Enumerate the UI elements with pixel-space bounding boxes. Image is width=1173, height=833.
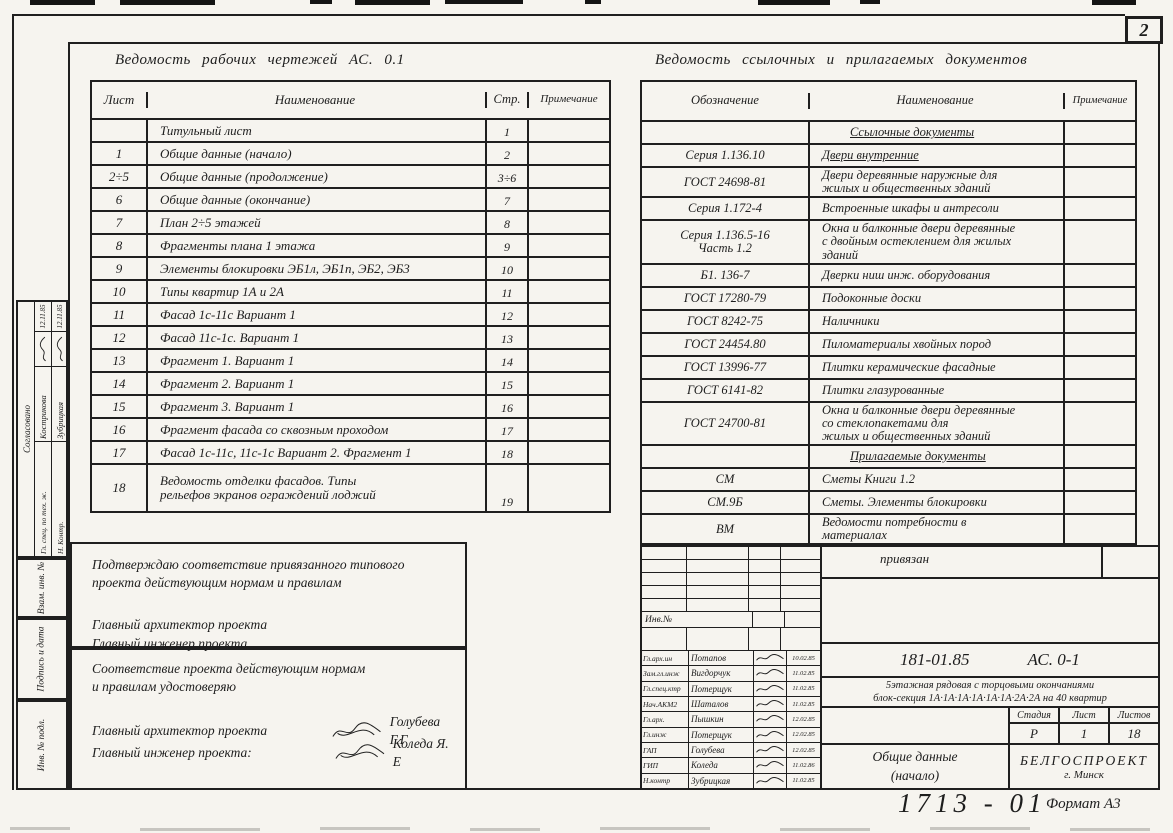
cell-note bbox=[1065, 469, 1135, 490]
cell-name: Ведомости потребности в материалах bbox=[810, 515, 1065, 543]
cell-name: Общие данные (начало) bbox=[148, 143, 487, 164]
table-row: Серия 1.136.5-16 Часть 1.2 Окна и балкон… bbox=[642, 221, 1135, 264]
col-header-name: Наименование bbox=[810, 93, 1065, 108]
scan-artifact bbox=[310, 0, 332, 4]
signature-date: 12.02.85 bbox=[787, 728, 820, 742]
signature-line: Главный инженер проекта: Коледа Я. Е bbox=[92, 742, 457, 764]
cell-note bbox=[529, 258, 609, 279]
cell-sheet: 10 bbox=[92, 281, 148, 302]
scan-artifact bbox=[120, 0, 215, 5]
title-block-right: привязан 181-01.85 АС. 0-1 5этажная рядо… bbox=[822, 547, 1158, 788]
cell-note bbox=[529, 465, 609, 511]
project-code: 181-01.85 bbox=[900, 650, 969, 670]
cell-name-text: Сметы. Элементы блокировки bbox=[822, 496, 987, 509]
col-header-name: Наименование bbox=[148, 92, 487, 108]
signer-name: Пышкин bbox=[689, 712, 754, 726]
cell-designation: Серия 1.136.10 bbox=[642, 145, 810, 166]
table-row: 10 Типы квартир 1А и 2А 11 bbox=[92, 281, 609, 304]
cell-sheet: 1 bbox=[92, 143, 148, 164]
cell-name: Пиломатериалы хвойных пород bbox=[810, 334, 1065, 355]
grid-row bbox=[642, 599, 820, 612]
cell-name: Двери деревянные наружные для жилых и об… bbox=[810, 168, 1065, 196]
cell-sheet: 13 bbox=[92, 350, 148, 371]
cell-note bbox=[1065, 198, 1135, 219]
cell-note bbox=[529, 166, 609, 187]
margin-label-inv: Инв. № подл. bbox=[37, 719, 47, 771]
cell-sheet: 7 bbox=[92, 212, 148, 233]
col-header-note: Примечание bbox=[1065, 94, 1135, 107]
cell-note bbox=[1065, 403, 1135, 444]
cell-note bbox=[1065, 334, 1135, 355]
cell-note bbox=[1065, 515, 1135, 543]
cell-page: 14 bbox=[487, 350, 529, 371]
table-row: Ссылочные документы bbox=[642, 122, 1135, 145]
cell-designation: ГОСТ 24700-81 bbox=[642, 403, 810, 444]
cell-name: Окна и балконные двери деревянные с двой… bbox=[810, 221, 1065, 262]
cell-designation: Серия 1.172-4 bbox=[642, 198, 810, 219]
signer-role: Н.контр bbox=[642, 774, 689, 788]
cell-page: 9 bbox=[487, 235, 529, 256]
signature-date: 12.02.85 bbox=[787, 712, 820, 726]
cell-page: 18 bbox=[487, 442, 529, 463]
certify-signature-lines: Главный архитектор проекта Голубева Г.Г … bbox=[92, 720, 457, 764]
scan-artifact bbox=[780, 828, 870, 831]
table-row: ГОСТ 13996-77 Плитки керамические фасадн… bbox=[642, 357, 1135, 380]
inventory-number-label: Инв.№ bbox=[642, 612, 753, 627]
referenced-documents-table: Обозначение Наименование Примечание Ссыл… bbox=[640, 80, 1137, 545]
cell-name: Двери внутренние bbox=[810, 145, 1065, 166]
stage-header: Стадия bbox=[1010, 708, 1060, 722]
cell-note bbox=[1065, 265, 1135, 286]
signature-row: Гл.спец.ктр Потерщук 11.02.85 bbox=[642, 682, 820, 697]
cell-name-text: Ведомости потребности в материалах bbox=[822, 516, 966, 542]
signature-rows: Гл.арх.ин Потапов 10.02.85 Зам.гл.инж Ви… bbox=[642, 651, 820, 788]
cell-page: 13 bbox=[487, 327, 529, 348]
cell-name: Наличники bbox=[810, 311, 1065, 332]
organization-city: г. Минск bbox=[1064, 769, 1104, 781]
table-row: Б1. 136-7 Дверки ниш инж. оборудования bbox=[642, 265, 1135, 288]
signer-role: Гл.арх.ин bbox=[642, 651, 689, 665]
cell-designation: Серия 1.136.5-16 Часть 1.2 bbox=[642, 221, 810, 262]
scan-artifact bbox=[470, 828, 540, 831]
cell-note bbox=[529, 212, 609, 233]
conformity-certification-block: Соответствие проекта действующим нормам … bbox=[70, 648, 467, 790]
footer-format: Формат А3 bbox=[1046, 796, 1121, 813]
signer-name: Голубева bbox=[689, 743, 754, 757]
grid-row bbox=[642, 573, 820, 586]
right-table-header: Обозначение Наименование Примечание bbox=[642, 82, 1135, 122]
cell-designation: ВМ bbox=[642, 515, 810, 543]
cell-page: 1 bbox=[487, 120, 529, 141]
cell-name-text: Дверки ниш инж. оборудования bbox=[822, 269, 990, 282]
signature-scribble bbox=[754, 743, 787, 757]
cell-note bbox=[1065, 380, 1135, 401]
agreement-date: 12.11.85 bbox=[56, 302, 64, 331]
signer-name: Зубрицкая bbox=[689, 774, 754, 788]
stage-table-header: Стадия Лист Листов bbox=[1010, 708, 1158, 724]
cell-name-text: Окна и балконные двери деревянные со сте… bbox=[822, 404, 1015, 443]
table-row: ГОСТ 6141-82 Плитки глазурованные bbox=[642, 380, 1135, 403]
cell-page: 10 bbox=[487, 258, 529, 279]
confirmation-text: Подтверждаю соответствие привязанного ти… bbox=[92, 556, 457, 592]
signature-row: Гл.арх. Пышкин 12.02.85 bbox=[642, 712, 820, 727]
table-row: СМ.9Б Сметы. Элементы блокировки bbox=[642, 492, 1135, 515]
scan-artifact bbox=[140, 828, 260, 831]
attached-note: привязан bbox=[822, 547, 1101, 577]
table-row: ГОСТ 24454.80 Пиломатериалы хвойных поро… bbox=[642, 334, 1135, 357]
cell-designation: ГОСТ 24698-81 bbox=[642, 168, 810, 196]
table-row: 16 Фрагмент фасада со сквозным проходом … bbox=[92, 419, 609, 442]
cell-designation: СМ bbox=[642, 469, 810, 490]
cell-sheet: 12 bbox=[92, 327, 148, 348]
cell-note bbox=[529, 419, 609, 440]
certification-text: Соответствие проекта действующим нормам … bbox=[92, 660, 457, 696]
grid-row bbox=[642, 560, 820, 573]
signature-scribble bbox=[754, 651, 787, 665]
scan-artifact bbox=[758, 0, 830, 5]
agreement-stamp: Согласовано Гл. спец. по тех. ж. Кострик… bbox=[16, 300, 68, 558]
scan-artifact bbox=[30, 0, 95, 5]
signature-scribble bbox=[754, 712, 787, 726]
signature-row: Зам.гл.инж Вигдорчук 11.02.85 bbox=[642, 666, 820, 681]
col-header-designation: Обозначение bbox=[642, 93, 810, 108]
confirm-role-architect: Главный архитектор проекта bbox=[92, 616, 457, 634]
margin-label-podpis: Подпись и дата bbox=[37, 626, 47, 691]
cell-name-text: Наличники bbox=[822, 315, 880, 328]
cell-page: 15 bbox=[487, 373, 529, 394]
signer-name: Вигдорчук bbox=[689, 666, 754, 680]
table-row: ГОСТ 24698-81 Двери деревянные наружные … bbox=[642, 168, 1135, 198]
cell-name-text: Окна и балконные двери деревянные с двой… bbox=[822, 222, 1015, 261]
cell-name-text: Ссылочные документы bbox=[850, 126, 974, 139]
signature-scribble bbox=[332, 743, 387, 763]
cell-designation: ГОСТ 8242-75 bbox=[642, 311, 810, 332]
cell-name: План 2÷5 этажей bbox=[148, 212, 487, 233]
organization-cell: БЕЛГОСПРОЕКТ г. Минск bbox=[1010, 745, 1158, 788]
cell-sheet: 11 bbox=[92, 304, 148, 325]
cell-name: Фрагмент фасада со сквозным проходом bbox=[148, 419, 487, 440]
scan-artifact bbox=[10, 827, 70, 830]
table-row: 18 Ведомость отделки фасадов. Типы релье… bbox=[92, 465, 609, 511]
signer-role: Главный инженер проекта: bbox=[92, 744, 332, 762]
cell-sheet: 2÷5 bbox=[92, 166, 148, 187]
right-table-body: Ссылочные документы Серия 1.136.10 Двери… bbox=[642, 122, 1135, 543]
signature-row: Нач.АКМ2 Шаталов 11.02.85 bbox=[642, 697, 820, 712]
table-row: Серия 1.172-4 Встроенные шкафы и антресо… bbox=[642, 198, 1135, 221]
cell-note bbox=[1065, 288, 1135, 309]
organization-name: БЕЛГОСПРОЕКТ bbox=[1020, 753, 1148, 769]
cell-name: Фрагмент 1. Вариант 1 bbox=[148, 350, 487, 371]
left-table-title: Ведомость рабочих чертежей АС. 0.1 bbox=[115, 52, 405, 69]
cell-name: Подоконные доски bbox=[810, 288, 1065, 309]
sheets-value: 18 bbox=[1110, 724, 1158, 743]
footer-code: 1713 - 01 bbox=[898, 788, 1047, 819]
signer-name: Коледа bbox=[689, 758, 754, 772]
table-row: ГОСТ 24700-81 Окна и балконные двери дер… bbox=[642, 403, 1135, 446]
page-number: 2 bbox=[1140, 20, 1149, 41]
cell-note bbox=[1065, 145, 1135, 166]
table-row: 15 Фрагмент 3. Вариант 1 16 bbox=[92, 396, 609, 419]
cell-note bbox=[1065, 311, 1135, 332]
table-row: ГОСТ 17280-79 Подоконные доски bbox=[642, 288, 1135, 311]
cell-note bbox=[529, 304, 609, 325]
stage-table: Стадия Лист Листов Р 1 18 bbox=[1010, 708, 1158, 743]
cell-name-text: Встроенные шкафы и антресоли bbox=[822, 202, 999, 215]
col-header-page: Стр. bbox=[487, 92, 529, 108]
title-block-left-grid: Инв.№ Гл.арх.ин Потапов 10.02.85 bbox=[642, 547, 822, 788]
table-row: СМ Сметы Книги 1.2 bbox=[642, 469, 1135, 492]
cell-page: 12 bbox=[487, 304, 529, 325]
scan-artifact bbox=[1092, 0, 1136, 5]
doc-title-row: Общие данные (начало) БЕЛГОСПРОЕКТ г. Ми… bbox=[822, 745, 1158, 788]
cell-page: 11 bbox=[487, 281, 529, 302]
cell-note bbox=[529, 373, 609, 394]
empty-cell bbox=[1101, 547, 1158, 577]
signature-row: Гл.арх.ин Потапов 10.02.85 bbox=[642, 651, 820, 666]
signature-scribble bbox=[754, 666, 787, 680]
cell-sheet: 18 bbox=[92, 465, 148, 511]
cell-name: Общие данные (продолжение) bbox=[148, 166, 487, 187]
grid-row bbox=[642, 586, 820, 599]
agreement-title: Согласовано bbox=[20, 302, 35, 556]
attached-note-row: привязан bbox=[822, 547, 1158, 579]
signer-role: Нач.АКМ2 bbox=[642, 697, 689, 711]
empty-cell bbox=[822, 579, 1158, 644]
signer-role: ГАП bbox=[642, 743, 689, 757]
margin-box-vzam: Взам. инв. № bbox=[16, 558, 68, 618]
cell-sheet: 9 bbox=[92, 258, 148, 279]
document-title-line2: (начало) bbox=[891, 767, 939, 786]
cell-sheet: 15 bbox=[92, 396, 148, 417]
cell-name-text: Пиломатериалы хвойных пород bbox=[822, 338, 991, 351]
table-row: 8 Фрагменты плана 1 этажа 9 bbox=[92, 235, 609, 258]
cell-name: Окна и балконные двери деревянные со сте… bbox=[810, 403, 1065, 444]
table-row: 6 Общие данные (окончание) 7 bbox=[92, 189, 609, 212]
signature-scribble bbox=[754, 728, 787, 742]
signature-row: Гл.инж Потерщук 12.02.85 bbox=[642, 728, 820, 743]
cell-designation: Б1. 136-7 bbox=[642, 265, 810, 286]
signature-date: 11.02.86 bbox=[787, 758, 820, 772]
signature-row: ГИП Коледа 11.02.86 bbox=[642, 758, 820, 773]
page-number-box: 2 bbox=[1125, 16, 1163, 44]
inventory-number-row: Инв.№ bbox=[642, 612, 820, 628]
cell-name: Фрагмент 2. Вариант 1 bbox=[148, 373, 487, 394]
signer-role: ГИП bbox=[642, 758, 689, 772]
signature-date: 10.02.85 bbox=[787, 651, 820, 665]
project-code-row: 181-01.85 АС. 0-1 bbox=[822, 644, 1158, 678]
cell-name: Сметы Книги 1.2 bbox=[810, 469, 1065, 490]
cell-name: Ссылочные документы bbox=[810, 122, 1065, 143]
signer-role: Гл.арх. bbox=[642, 712, 689, 726]
signer-role: Гл.инж bbox=[642, 728, 689, 742]
cell-page: 19 bbox=[487, 465, 529, 511]
agreement-name: Кострикова bbox=[35, 366, 51, 441]
cell-name: Элементы блокировки ЭБ1л, ЭБ1п, ЭБ2, ЭБ3 bbox=[148, 258, 487, 279]
agreement-role: Н. Контр. bbox=[52, 441, 68, 556]
sheet-top-border bbox=[12, 14, 1125, 16]
col-header-sheet: Лист bbox=[92, 92, 148, 108]
signature-date: 11.02.85 bbox=[787, 697, 820, 711]
signature-scribble bbox=[329, 721, 384, 741]
cell-note bbox=[529, 281, 609, 302]
agreement-row: Н. Контр. Зубрицкая 12.11.85 bbox=[52, 302, 68, 556]
signature-scribble bbox=[754, 697, 787, 711]
title-block: Инв.№ Гл.арх.ин Потапов 10.02.85 bbox=[640, 545, 1160, 790]
table-row: 14 Фрагмент 2. Вариант 1 15 bbox=[92, 373, 609, 396]
cell-note bbox=[1065, 122, 1135, 143]
signer-role: Гл.спец.ктр bbox=[642, 682, 689, 696]
col-header-note: Примечание bbox=[529, 93, 609, 107]
cell-note bbox=[529, 396, 609, 417]
right-table-title: Ведомость ссылочных и прилагаемых докуме… bbox=[655, 52, 1027, 69]
cell-sheet: 16 bbox=[92, 419, 148, 440]
cell-note bbox=[529, 120, 609, 141]
cell-name: Дверки ниш инж. оборудования bbox=[810, 265, 1065, 286]
cell-name-text: Сметы Книги 1.2 bbox=[822, 473, 915, 486]
sheet-left-border bbox=[12, 14, 14, 790]
agreement-row: Гл. спец. по тех. ж. Кострикова 12.11.85 bbox=[35, 302, 52, 556]
cell-note bbox=[529, 350, 609, 371]
cell-name: Прилагаемые документы bbox=[810, 446, 1065, 467]
cell-designation: ГОСТ 17280-79 bbox=[642, 288, 810, 309]
agreement-role: Гл. спец. по тех. ж. bbox=[35, 441, 51, 556]
stage-table-values: Р 1 18 bbox=[1010, 724, 1158, 743]
table-row: 12 Фасад 11с-1с. Вариант 1 13 bbox=[92, 327, 609, 350]
cell-page: 17 bbox=[487, 419, 529, 440]
scan-artifact bbox=[585, 0, 601, 4]
cell-name: Сметы. Элементы блокировки bbox=[810, 492, 1065, 513]
cell-name-text: Двери внутренние bbox=[822, 149, 919, 162]
scanned-drawing-sheet: 2 Согласовано Гл. спец. по тех. ж. Костр… bbox=[0, 0, 1173, 833]
cell-name: Плитки глазурованные bbox=[810, 380, 1065, 401]
cell-sheet: 6 bbox=[92, 189, 148, 210]
table-row: Титульный лист 1 bbox=[92, 120, 609, 143]
cell-name: Фасад 11с-1с. Вариант 1 bbox=[148, 327, 487, 348]
grid-row bbox=[642, 628, 820, 651]
cell-designation: ГОСТ 13996-77 bbox=[642, 357, 810, 378]
cell-note bbox=[1065, 492, 1135, 513]
signer-role: Зам.гл.инж bbox=[642, 666, 689, 680]
signer-name: Потапов bbox=[689, 651, 754, 665]
left-table-header: Лист Наименование Стр. Примечание bbox=[92, 82, 609, 120]
cell-note bbox=[1065, 446, 1135, 467]
table-row: 9 Элементы блокировки ЭБ1л, ЭБ1п, ЭБ2, Э… bbox=[92, 258, 609, 281]
scan-artifact bbox=[1070, 828, 1150, 831]
sheets-header: Листов bbox=[1110, 708, 1158, 722]
table-row: Прилагаемые документы bbox=[642, 446, 1135, 469]
table-row: 17 Фасад 1с-11с, 11с-1с Вариант 2. Фрагм… bbox=[92, 442, 609, 465]
cell-note bbox=[529, 327, 609, 348]
document-title: Общие данные (начало) bbox=[822, 745, 1010, 788]
cell-name-text: Плитки глазурованные bbox=[822, 384, 944, 397]
cell-note bbox=[529, 235, 609, 256]
table-row: 1 Общие данные (начало) 2 bbox=[92, 143, 609, 166]
cell-name-text: Прилагаемые документы bbox=[850, 450, 986, 463]
signature-date: 12.02.85 bbox=[787, 743, 820, 757]
signature-date: 11.02.85 bbox=[787, 682, 820, 696]
signer-name: Потерщук bbox=[689, 682, 754, 696]
stage-value: Р bbox=[1010, 724, 1060, 743]
signature-scribble bbox=[754, 774, 787, 788]
left-table-body: Титульный лист 1 1 Общие данные (начало)… bbox=[92, 120, 609, 511]
scan-artifact bbox=[355, 0, 430, 5]
signature-date: 11.02.85 bbox=[787, 666, 820, 680]
scan-artifact bbox=[860, 0, 880, 4]
cell-name: Встроенные шкафы и антресоли bbox=[810, 198, 1065, 219]
cell-name: Типы квартир 1А и 2А bbox=[148, 281, 487, 302]
table-row: Серия 1.136.10 Двери внутренние bbox=[642, 145, 1135, 168]
cell-designation bbox=[642, 122, 810, 143]
cell-note bbox=[529, 143, 609, 164]
cell-name: Общие данные (окончание) bbox=[148, 189, 487, 210]
cell-sheet: 17 bbox=[92, 442, 148, 463]
signature-scribble bbox=[35, 331, 51, 366]
stage-row: Стадия Лист Листов Р 1 18 bbox=[822, 708, 1158, 745]
cell-designation: ГОСТ 6141-82 bbox=[642, 380, 810, 401]
conformity-confirmation-block: Подтверждаю соответствие привязанного ти… bbox=[70, 542, 467, 648]
cell-name: Титульный лист bbox=[148, 120, 487, 141]
table-row: ВМ Ведомости потребности в материалах bbox=[642, 515, 1135, 543]
table-row: ГОСТ 8242-75 Наличники bbox=[642, 311, 1135, 334]
cell-name-text: Плитки керамические фасадные bbox=[822, 361, 996, 374]
document-title-line1: Общие данные bbox=[873, 748, 958, 767]
signature-scribble bbox=[754, 758, 787, 772]
cell-page: 3÷6 bbox=[487, 166, 529, 187]
cell-designation bbox=[642, 446, 810, 467]
scan-artifact bbox=[600, 827, 710, 830]
scan-artifact bbox=[320, 827, 410, 830]
signer-name: Потерщук bbox=[689, 728, 754, 742]
signature-row: ГАП Голубева 12.02.85 bbox=[642, 743, 820, 758]
table-row: 11 Фасад 1с-11с Вариант 1 12 bbox=[92, 304, 609, 327]
table-row: 2÷5 Общие данные (продолжение) 3÷6 bbox=[92, 166, 609, 189]
margin-box-inv: Инв. № подл. bbox=[16, 700, 68, 790]
sheet-value: 1 bbox=[1060, 724, 1110, 743]
cell-name-text: Двери деревянные наружные для жилых и об… bbox=[822, 169, 997, 195]
cell-name: Ведомость отделки фасадов. Типы рельефов… bbox=[148, 465, 487, 511]
grid-row bbox=[642, 547, 820, 560]
cell-designation: СМ.9Б bbox=[642, 492, 810, 513]
sheet-header: Лист bbox=[1060, 708, 1110, 722]
cell-name: Фасад 1с-11с Вариант 1 bbox=[148, 304, 487, 325]
cell-note bbox=[529, 442, 609, 463]
cell-note bbox=[1065, 357, 1135, 378]
cell-name: Фрагменты плана 1 этажа bbox=[148, 235, 487, 256]
cell-note bbox=[1065, 221, 1135, 262]
cell-designation: ГОСТ 24454.80 bbox=[642, 334, 810, 355]
cell-name-text: Подоконные доски bbox=[822, 292, 921, 305]
agreement-name: Зубрицкая bbox=[52, 366, 68, 441]
scan-artifact bbox=[930, 827, 1030, 830]
signature-scribble bbox=[52, 331, 68, 366]
cell-page: 7 bbox=[487, 189, 529, 210]
agreement-rows: Гл. спец. по тех. ж. Кострикова 12.11.85… bbox=[35, 302, 68, 556]
scan-artifact bbox=[445, 0, 523, 4]
table-row: 13 Фрагмент 1. Вариант 1 14 bbox=[92, 350, 609, 373]
margin-box-podpis: Подпись и дата bbox=[16, 618, 68, 700]
cell-sheet bbox=[92, 120, 148, 141]
cell-name: Фасад 1с-11с, 11с-1с Вариант 2. Фрагмент… bbox=[148, 442, 487, 463]
empty-cell bbox=[822, 708, 1010, 743]
cell-page: 2 bbox=[487, 143, 529, 164]
cell-page: 16 bbox=[487, 396, 529, 417]
signer-role: Главный архитектор проекта bbox=[92, 722, 329, 740]
cell-sheet: 8 bbox=[92, 235, 148, 256]
signer-name: Коледа Я. Е bbox=[393, 735, 457, 771]
cell-note bbox=[529, 189, 609, 210]
signature-date: 11.02.85 bbox=[787, 774, 820, 788]
working-drawings-table: Лист Наименование Стр. Примечание Титуль… bbox=[90, 80, 611, 513]
